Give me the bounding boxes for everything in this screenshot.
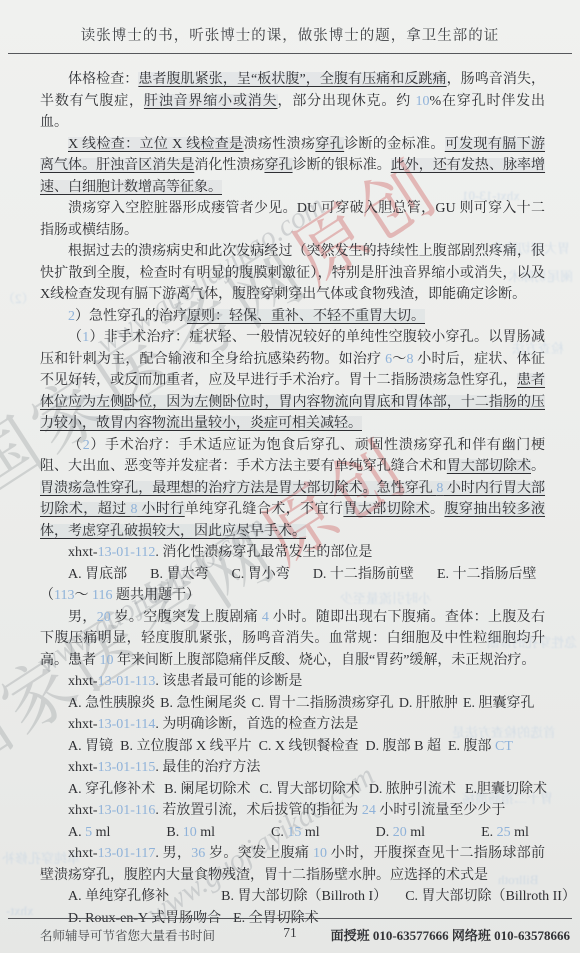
text-segment: A. [68, 825, 85, 840]
paragraph: 体格检查：患者腹肌紧张，呈“板状腹”，全腹有压痛和反跳痛，肠鸣音消失，半数有气腹… [40, 69, 545, 134]
text-segment: 4 [262, 610, 269, 625]
footer-rule [8, 918, 572, 919]
option: C. 胃十二指肠溃疡穿孔 [251, 696, 393, 711]
text-segment: 题共用题干） [112, 588, 200, 603]
text-segment: 胃大部切除术 [343, 502, 430, 517]
text-segment: 10 [100, 653, 114, 668]
text-segment: A. 穿孔修补术 [68, 782, 155, 797]
option: D. 肝脓肿 [399, 696, 458, 711]
option: D. 腹部 B 超 [366, 739, 441, 754]
paragraph: xhxt-13-01-112. 消化性溃疡穿孔最常发生的部位是 [40, 542, 545, 564]
text-segment: A. 单纯穿孔修补 [68, 889, 169, 904]
option: B. 急性阑尾炎 [160, 696, 246, 711]
text-segment: 溃疡穿入空腔脏器形成瘘管者少见。DU 可穿破入胆总管，GU 则可穿入十二指肠或横… [40, 201, 545, 238]
option: A. 胃镜 [68, 739, 113, 754]
text-segment: 13-01-117 [98, 846, 156, 861]
paragraph: xhxt-13-01-114. 为明确诊断，首选的检查方法是 [40, 714, 545, 736]
text-segment: ～ [74, 588, 92, 603]
text-segment: 根据过去的溃疡病史和此次发病经过（突然发生的持续性上腹部剧烈疼痛，很快扩散到全腹… [40, 244, 545, 302]
text-segment: . 该患者最可能的诊断是 [155, 674, 302, 689]
text-segment: ml [407, 825, 425, 840]
text-segment: 10 [415, 94, 429, 109]
text-segment: C. 胃大部切除（Billroth II） [405, 889, 576, 904]
text-segment: . 消化性溃疡穿孔最常发生的部位是 [155, 545, 372, 560]
option: D. 20 ml [376, 825, 425, 840]
text-segment: 10 [313, 846, 327, 861]
text-segment: 10 [183, 825, 197, 840]
paragraph: xhxt-13-01-113. 该患者最可能的诊断是 [40, 671, 545, 693]
text-segment: E. 十二指肠后壁 [437, 567, 537, 582]
paragraph: （1）非手术治疗：症状轻、一般情况较好的单纯性空腹较小穿孔。以胃肠减压和针刺为主… [40, 327, 545, 435]
paragraph: （113～ 116 题共用题干） [40, 585, 545, 607]
text-segment: C. 胃大部切除术 [259, 782, 359, 797]
option: E. 胆囊穿孔 [463, 696, 535, 711]
text-segment: xhxt- [68, 674, 98, 689]
text-segment: ，部分出现休克。约 [278, 94, 416, 109]
text-segment: C. 胃十二指肠溃疡穿孔 [251, 696, 393, 711]
text-segment: 胃溃疡急性穿孔，最理想的治疗方法是胃大部切除术。急性穿孔 [40, 481, 436, 496]
text-segment: 8 [131, 502, 138, 517]
option: A. 5 ml [68, 825, 110, 840]
option: A. 单纯穿孔修补 [68, 889, 169, 904]
option: B. 胃大部切除（Billroth I） [221, 889, 387, 904]
option: A. 胃底部 [68, 567, 127, 582]
text-segment: 25 [497, 825, 511, 840]
text-segment: A. 胃底部 [68, 567, 127, 582]
paragraph: 根据过去的溃疡病史和此次发病经过（突然发生的持续性上腹部剧烈疼痛，很快扩散到全腹… [40, 241, 545, 306]
option: B. 10 ml [166, 825, 215, 840]
text-segment: . 最佳的治疗方法 [155, 760, 260, 775]
text-segment: D. 十二指肠前壁 [313, 567, 414, 582]
option: E. 十二指肠后壁 [437, 567, 537, 582]
option: E. 腹部 CT [448, 739, 513, 754]
option: D. 脓肿引流术 [369, 782, 456, 797]
scanned-textbook-page: 国家医考网原创 国家医考网原创 www.guojiayikao.com www.… [0, 0, 580, 953]
header-rule [8, 53, 572, 54]
text-segment: B. 急性阑尾炎 [160, 696, 246, 711]
option: A. 急性胰腺炎 [68, 696, 155, 711]
text-segment: 2 [68, 309, 75, 324]
text-segment: 小时引流量至少少于 [376, 803, 506, 818]
option-row: A. 胃镜B. 立位腹部 X 线平片C. X 线钡餐检查D. 腹部 B 超E. … [40, 736, 545, 758]
header-slogan: 读张博士的书，听张博士的课，做张博士的题，拿卫生部的证 [0, 24, 580, 45]
text-segment: D. 腹部 B 超 [366, 739, 441, 754]
text-segment: 116 [92, 588, 112, 603]
text-segment: . 男， [155, 846, 191, 861]
text-segment: 13-01-116 [98, 803, 156, 818]
option-row: A. 穿孔修补术B. 阑尾切除术C. 胃大部切除术D. 脓肿引流术E.胆囊切除术 [40, 779, 545, 801]
text-segment: 体格检查： [68, 72, 138, 87]
document-body: 体格检查：患者腹肌紧张，呈“板状腹”，全腹有压痛和反跳痛，肠鸣音消失，半数有气腹… [40, 69, 545, 929]
text-segment: X 线检查：立位 X 线检查是 [68, 137, 244, 152]
paragraph: xhxt-13-01-116. 若放置引流，术后拔管的指征为 24 小时引流量至… [40, 800, 545, 822]
text-segment: A. 胃镜 [68, 739, 113, 754]
text-segment: xhxt- [68, 760, 98, 775]
text-segment: 24 [362, 803, 376, 818]
paragraph: （2）手术治疗：手术适应证为饱食后穿孔、顽固性溃疡穿孔和伴有幽门梗阻、大出血、恶… [40, 435, 545, 543]
text-segment: A. 急性胰腺炎 [68, 696, 155, 711]
text-segment: D. [376, 825, 393, 840]
text-segment: （ [40, 588, 54, 603]
text-segment: B. [166, 825, 182, 840]
text-segment: ml [92, 825, 110, 840]
text-segment: （ [68, 330, 82, 345]
text-segment: xhxt- [68, 717, 98, 732]
text-segment: 13-01-112 [98, 545, 156, 560]
text-segment: . 为明确诊断，首选的检查方法是 [155, 717, 358, 732]
text-segment: E.胆囊切除术 [465, 782, 547, 797]
text-segment: 113 [54, 588, 74, 603]
text-segment: ～ [392, 352, 406, 367]
text-segment: 年来间断上腹部隐痛伴反酸、烧心，自服“胃药”缓解，未正规治疗。 [114, 653, 536, 668]
text-segment: 男， [68, 610, 97, 625]
text-segment: E. [481, 825, 497, 840]
paragraph: xhxt-13-01-117. 男，36 岁。突发上腹痛 10 小时，开腹探查见… [40, 843, 545, 886]
text-segment: ml [511, 825, 529, 840]
text-segment: xhxt- [68, 846, 98, 861]
text-segment: 6 [385, 352, 392, 367]
text-segment: 原则：轻保、重补、不轻不重胃大切。 [187, 309, 425, 324]
option-row: A. 胃底部B. 胃大弯C. 胃小弯D. 十二指肠前壁E. 十二指肠后壁 [40, 564, 545, 586]
text-segment: 13-01-113 [98, 674, 156, 689]
paragraph: X 线检查：立位 X 线检查是溃疡性溃疡穿孔诊断的金标准。可发现有膈下游离气体。… [40, 134, 545, 199]
bleedthrough-text: xhxt- [6, 903, 33, 919]
text-segment: E. 腹部 [448, 739, 495, 754]
paragraph: 2）急性穿孔的治疗原则：轻保、重补、不轻不重胃大切。 [40, 306, 545, 328]
option: C. 胃小弯 [231, 567, 289, 582]
text-segment: 诊断的金标准。 [344, 137, 445, 152]
text-segment: 15 [287, 825, 301, 840]
text-segment: 岁。空腹突发上腹剧痛 [111, 610, 262, 625]
text-segment: （ [68, 438, 83, 453]
text-segment: 13-01-114 [98, 717, 156, 732]
text-segment: ）急性穿孔的治疗 [75, 309, 187, 324]
paragraph: 溃疡穿入空腔脏器形成瘘管者少见。DU 可穿破入胆总管，GU 则可穿入十二指肠或横… [40, 198, 545, 241]
text-segment: C. X 线钡餐检查 [259, 739, 359, 754]
text-segment: 。 [430, 502, 444, 517]
text-segment: 岁。突发上腹痛 [205, 846, 313, 861]
text-segment: ml [301, 825, 319, 840]
text-segment: 2 [83, 438, 90, 453]
text-segment: 消化性溃疡 [194, 158, 264, 173]
text-segment: . 若放置引流，术后拔管的指征为 [155, 803, 362, 818]
text-segment: 13-01-115 [98, 760, 156, 775]
text-segment: 患者腹肌紧张，呈“板状腹”，全腹有压痛和反跳痛 [138, 72, 446, 87]
text-segment: CT [495, 739, 513, 754]
option: A. 穿孔修补术 [68, 782, 155, 797]
text-segment: 溃疡性溃疡 [244, 137, 316, 152]
text-segment: 。 [531, 459, 545, 474]
text-segment: C. 胃小弯 [231, 567, 289, 582]
text-segment: 穿孔 [264, 158, 292, 173]
option: C. 胃大部切除术 [259, 782, 359, 797]
text-segment: 肝浊音界缩小或消失 [144, 94, 278, 109]
bleedthrough-text: （2） [2, 288, 35, 307]
text-segment: xhxt- [68, 545, 98, 560]
text-segment: B. 阑尾切除术 [164, 782, 250, 797]
text-segment: B. 胃大弯 [150, 567, 208, 582]
option: E. 25 ml [481, 825, 529, 840]
text-segment: B. 胃大部切除（Billroth I） [221, 889, 387, 904]
footer-contact: 面授班 010-63577666 网络班 010-63578666 [331, 925, 570, 944]
text-segment: C. [271, 825, 287, 840]
text-segment: 单纯穿孔缝合术，不宜行 [185, 502, 344, 517]
option: B. 阑尾切除术 [164, 782, 250, 797]
text-segment: B. 立位腹部 X 线平片 [120, 739, 251, 754]
text-segment: ml [197, 825, 215, 840]
text-segment: 36 [191, 846, 205, 861]
option: B. 胃大弯 [150, 567, 208, 582]
option: E.胆囊切除术 [465, 782, 547, 797]
text-segment: E. 胆囊穿孔 [463, 696, 535, 711]
text-segment: 诊断的银标准。 [293, 158, 391, 173]
text-segment: 胃大部切除术 [447, 459, 531, 474]
text-segment: xhxt- [68, 803, 98, 818]
text-segment: D. 肝脓肿 [399, 696, 458, 711]
option: B. 立位腹部 X 线平片 [120, 739, 251, 754]
text-segment: 20 [393, 825, 407, 840]
text-segment: 8 [407, 352, 414, 367]
option: C. X 线钡餐检查 [259, 739, 359, 754]
paragraph: 男，20 岁。空腹突发上腹剧痛 4 小时。随即出现右下腹痛。查体：上腹及右下腹压… [40, 607, 545, 672]
text-segment: 小时行 [138, 502, 185, 517]
paragraph: xhxt-13-01-115. 最佳的治疗方法 [40, 757, 545, 779]
option: C. 15 ml [271, 825, 320, 840]
option: C. 胃大部切除（Billroth II） [405, 889, 576, 904]
text-segment: 20 [97, 610, 111, 625]
option-row: A. 急性胰腺炎B. 急性阑尾炎C. 胃十二指肠溃疡穿孔D. 肝脓肿E. 胆囊穿… [40, 693, 545, 715]
option: D. 十二指肠前壁 [313, 567, 414, 582]
text-segment: 穿孔 [315, 137, 344, 152]
option-row: A. 5 mlB. 10 mlC. 15 mlD. 20 mlE. 25 ml [40, 822, 545, 844]
text-segment: D. 脓肿引流术 [369, 782, 456, 797]
option-row: A. 单纯穿孔修补B. 胃大部切除（Billroth I）C. 胃大部切除（Bi… [40, 886, 545, 908]
